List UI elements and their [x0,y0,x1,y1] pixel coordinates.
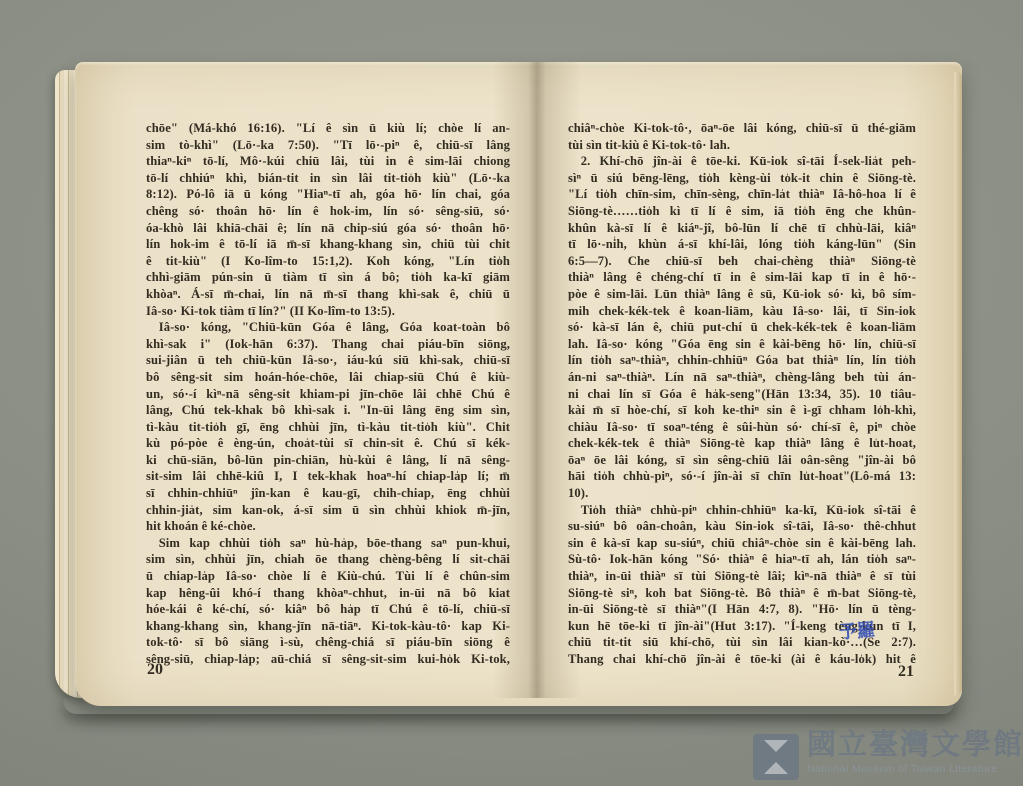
text-line: khûn kà-sī lí ê kiáⁿ-jî, bô-lūn lí chē t… [568,220,916,237]
text-line: Sim kap chhùi tio̍h saⁿ hù-ha̍p, bōe-tha… [146,535,510,552]
text-line: Tio̍h thiàⁿ chhù-piⁿ chhin-chhiūⁿ ka-kī,… [568,502,916,519]
text-line: ū chiap-la̍p Iâ-so· chòe lí ê Kiù-chú. T… [146,568,510,585]
right-page-edge [954,72,962,696]
text-line: chōe" (Má-khó 16:16). "Lí ê sìn ū kiù lí… [146,120,510,137]
text-line: ê tit-kiù" (I Ko-lîm-to 15:1,2). Koh kón… [146,253,510,270]
text-line: chiàu Iâ-so· tī soaⁿ-téng ê sûi-hùn só· … [568,419,916,436]
page-number-left: 20 [147,661,163,679]
text-line: sit-sim lâi chhē-kiû I, I tek-khak hoaⁿ-… [146,468,510,485]
text-line: 2. Khí-chō jîn-ài ê tōe-ki. Kū-iok sî-tā… [568,153,916,170]
text-line: 8:12). Pó-lô iā ū kóng "Hiaⁿ-tī ah, góa … [146,186,510,203]
text-line: pòe ê sim-lāi. Lūn thiàⁿ lâng ê sū, Kū-i… [568,286,916,303]
text-line: chhin-jia̍t, sim kan-ok, á-sī sim ū sìn … [146,502,510,519]
photo-of-open-book: chōe" (Má-khó 16:16). "Lí ê sìn ū kiù lí… [0,0,1023,786]
text-line: tī lō·-ni̍h, khùn á-sī khí-lâi, lóng tio… [568,236,916,253]
text-line: sui-jiân ū teh chiū-kūn Iâ-so·, iáu-kú s… [146,352,510,369]
text-line: Iâ-so· kóng, "Chiū-kūn Góa ê lâng, Góa k… [146,319,510,336]
text-line: 6:5—7). Che chiū-sī beh chai-chèng thiàⁿ… [568,253,916,270]
text-line: sī chhin-chhiūⁿ jîn-kan ê kau-gī, chih-c… [146,485,510,502]
text-line: chhì-giām pún-sin ū tiàm tī sìn á bô; ti… [146,269,510,286]
text-line: hāi tio̍h chhù-piⁿ, só·-í jîn-ài sī chīn… [568,468,916,485]
text-line: sìⁿ ū siú bēng-lēng, tio̍h kèng-ùi to̍k-… [568,170,916,187]
text-line: 10). [568,485,916,502]
text-line: lín tio̍h saⁿ-thiàⁿ, chhin-chhiūⁿ Góa ba… [568,352,916,369]
text-line: hit khoán ê ké-chòe. [146,518,510,535]
text-line: ni chai lín sī Góa ê ha̍k-seng"(Hān 13:3… [568,386,916,403]
text-line: hóe-kái ê ké-chí, só· kiâⁿ bô ha̍p tī Ch… [146,601,510,618]
text-line: kù pó-pòe ê èng-ún, choa̍t-tùi sī chin-s… [146,435,510,452]
text-line: Siōng-tè……tio̍h kì tī lí ê sim, iā tio̍h… [568,203,916,220]
text-line: khòaⁿ. Á-sī m̄-chai, lín nā m̄-sī thang … [146,286,510,303]
text-line: ōaⁿ ōe lâi kóng, sī sìn sêng-chiū lâi oâ… [568,452,916,469]
text-line: thiaⁿ-kiⁿ tō-lí, Mô·-kúi chiū lâi, tùi i… [146,153,510,170]
text-line: mih chek-kék-tek ê koan-liām, kàu Iâ-so·… [568,303,916,320]
text-line: "Lí tio̍h chīn-sim, chīn-sèng, chīn-la̍t… [568,186,916,203]
text-line: un, só·-í kìⁿ-nā sêng-sit khiam-pi jīn-c… [146,386,510,403]
handwritten-annotation: 予羅 [838,622,875,642]
text-line: Siōng-tè siⁿ, koh bat Siōng-tè. Bô thiàⁿ… [568,585,916,602]
text-line: chiâⁿ-chòe Ki-tok-tô·, ōaⁿ-ōe lâi kóng, … [568,120,916,137]
text-line: kap hêng-ûi khó-í thang khòaⁿ-chhut, in-… [146,585,510,602]
text-line: bô sêng-sit sim hoán-hóe-chōe, lâi chiap… [146,369,510,386]
text-line: sim sìn, chhùi jīn, chiah ōe thang chèng… [146,551,510,568]
text-line: lâng, Chú tek-khak bô khì-sak i. "In-ūi … [146,402,510,419]
right-page-text: chiâⁿ-chòe Ki-tok-tô·, ōaⁿ-ōe lâi kóng, … [568,120,916,668]
text-line: sin ê kà-sī kap su-siúⁿ, chiū chiâⁿ-chòe… [568,535,916,552]
text-line: Sù-tô· Iok-hān kóng "Só· thiàⁿ ê hiaⁿ-tī… [568,551,916,568]
text-line: tok-tô· sī bô siāng ì-sù, chêng-chiá sī … [146,634,510,651]
text-line: kài m̄ sī hòe-chí, sī koh ke-thiⁿ sin ê … [568,402,916,419]
text-line: óa-khò lâi khiā-chāi ê; lín nā chip-siú … [146,220,510,237]
text-line: khang-khang sìn, khang-jīn nā-tiāⁿ. Ki-t… [146,618,510,635]
text-line: su-siúⁿ bô oân-choân, kàu Sin-iok sî-tāi… [568,518,916,535]
watermark-title-en: National Museum of Taiwan Literature [807,763,1023,775]
text-line: sêng-siū, chiap-la̍p; aū-chiá sī sêng-si… [146,651,510,668]
text-line: chek-kék-tek ê thiàⁿ Siōng-tè kap thiàⁿ … [568,435,916,452]
text-line: sim tò-khì" (Lō·-ka 7:50). "Tī lō·-piⁿ ê… [146,137,510,154]
text-line: tō-lí chhiúⁿ khì, bián-tit in sìn lâi ti… [146,170,510,187]
text-line: thiàⁿ, in-ūi thiàⁿ sī tùi Siōng-tè lâi; … [568,568,916,585]
text-line: in-ūi Siōng-tè sī thiàⁿ"(I Hān 4:7, 8). … [568,601,916,618]
text-line: tùi sìn tit-kiù ê Ki-tok-tô· lah. [568,137,916,154]
text-line: chêng só· thoân hō· lín ê hok-im, lín só… [146,203,510,220]
watermark-title-zh: 國立臺灣文學館 [807,727,1023,761]
left-page-text: chōe" (Má-khó 16:16). "Lí ê sìn ū kiù lí… [146,120,510,668]
page-number-right: 21 [568,663,918,681]
text-line: án-ni saⁿ-thiàⁿ. Lín nā saⁿ-thiàⁿ, chèng… [568,369,916,386]
text-line: thiàⁿ lâng ê chéng-chí tī in ê sim-lāi k… [568,269,916,286]
text-line: khì-sak i" (Iok-hān 6:37). Thang chai pi… [146,336,510,353]
text-line: ki chū-siān, bô-lūn pin-chiān, hù-kùi ê … [146,452,510,469]
watermark: 國立臺灣文學館 National Museum of Taiwan Litera… [753,727,1023,786]
text-line: lah. Iâ-so· kóng "Góa ēng sin ê kài-bēng… [568,336,916,353]
text-line: Iâ-so· Ki-tok tiàm tī lín?" (II Ko-lîm-t… [146,303,510,320]
text-line: só· kà-sī lán ê, chiū put-chí ū chek-kék… [568,319,916,336]
text-line: lín hok-im ê tō-lí iā m̄-sī khang-khang … [146,236,510,253]
nmtl-logo-icon [753,734,799,780]
text-line: tì-kàu tit-tio̍h gī, ēng chhùi jīn, tì-k… [146,419,510,436]
